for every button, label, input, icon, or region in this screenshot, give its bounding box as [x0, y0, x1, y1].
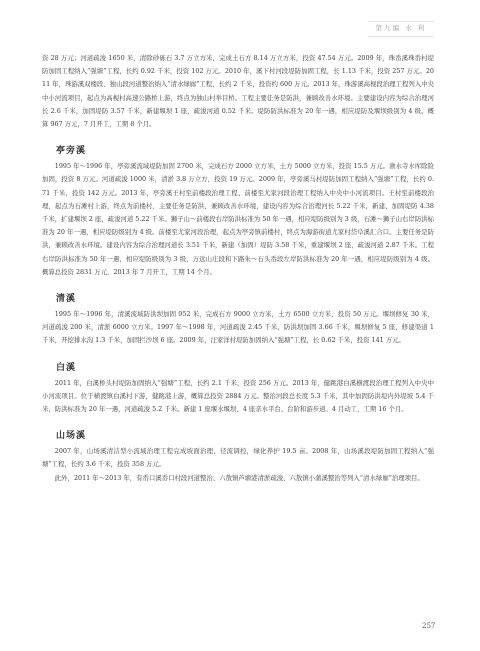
- section-title: 山场溪: [56, 428, 434, 441]
- page-body: 资 28 万元；河道疏浚 1650 米，清除砂砾石 3.7 万立方米，完成土石方…: [42, 52, 434, 485]
- section-shanchangxi: 山场溪 2007 年，山场溪清洁型小流域治理工程完成坡面治理、径流调控，绿化养护…: [42, 428, 434, 485]
- section-baixi: 白溪 2011 年，白溪桥头村堤防加固纳入“强塘”工程，长约 2.1 千米，投资…: [42, 360, 434, 417]
- section-paragraph: 1995 年～1996 年，清溪流域防洪坝加固 952 米，完成石方 9000 …: [42, 308, 434, 348]
- section-paragraph: 2007 年，山场溪清洁型小流域治理工程完成坡面治理、径流调控，绿化养护 19.…: [42, 445, 434, 471]
- section-title: 白溪: [56, 360, 434, 373]
- running-head: 第九编 水 利: [368, 21, 434, 37]
- section-paragraph: 2011 年，白溪桥头村堤防加固纳入“强塘”工程，长约 2.1 千米，投资 25…: [42, 377, 434, 417]
- section-tingpangxi: 亭旁溪 1995 年～1996 年，亭旁溪流域堤防加固 2700 米，完成石方 …: [42, 143, 434, 279]
- section-paragraph: 1995 年～1996 年，亭旁溪流域堤防加固 2700 米，完成石方 2000…: [42, 160, 434, 279]
- intro-paragraph: 资 28 万元；河道疏浚 1650 米，清除砂砾石 3.7 万立方米，完成土石方…: [42, 52, 434, 131]
- section-paragraph: 此外，2011 年～2013 年，有岙口溪岙口村段河道整治、六敖镇芦塘港清淤疏浚…: [42, 472, 434, 485]
- section-qingxi: 清溪 1995 年～1996 年，清溪流域防洪坝加固 952 米，完成石方 90…: [42, 291, 434, 348]
- page-number: 257: [422, 622, 435, 630]
- section-title: 亭旁溪: [56, 143, 434, 156]
- section-title: 清溪: [56, 291, 434, 304]
